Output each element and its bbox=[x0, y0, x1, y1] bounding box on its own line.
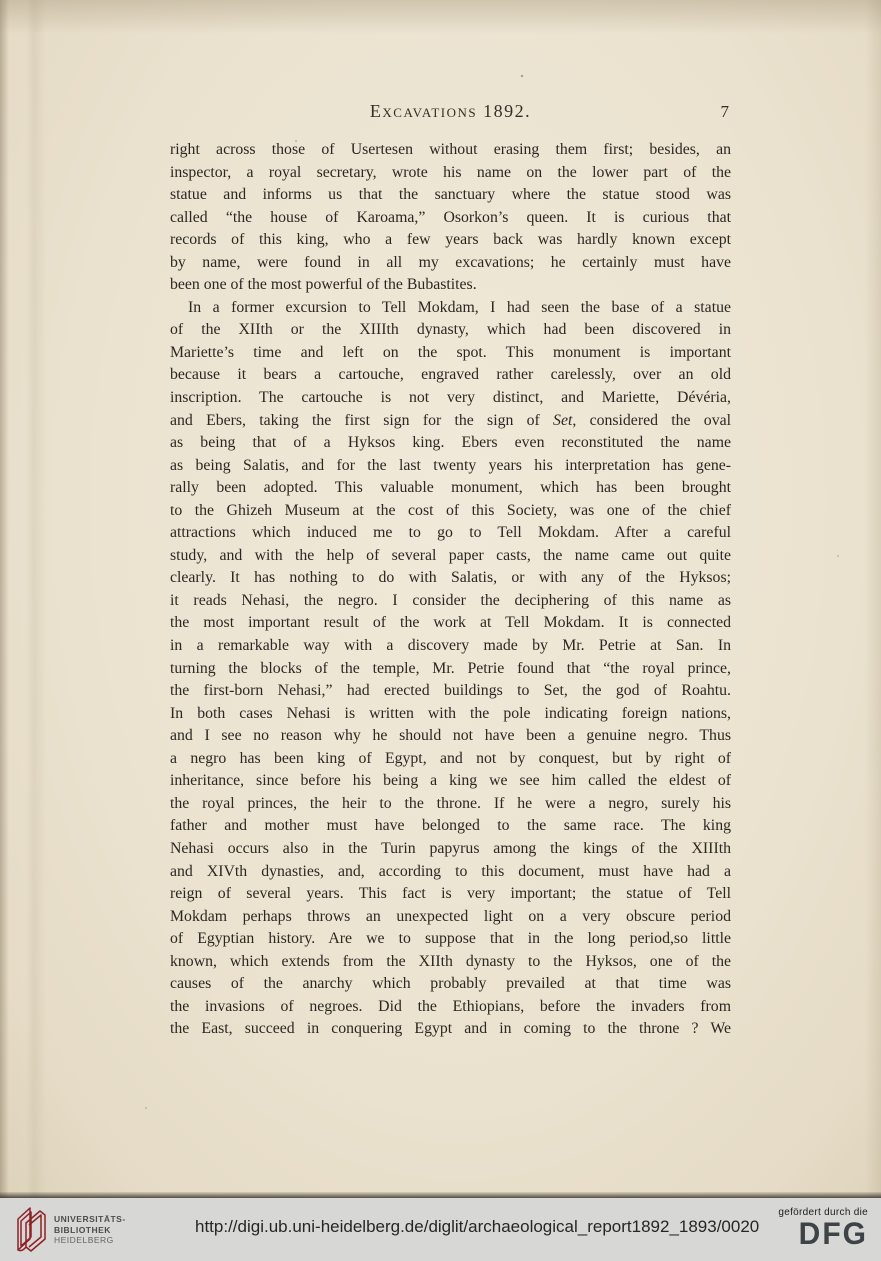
page-number: 7 bbox=[721, 102, 730, 122]
ub-heidelberg-logo-icon bbox=[14, 1206, 48, 1253]
text-line: In both cases Nehasi is written with the… bbox=[170, 703, 731, 726]
paragraph: In a former excursion to Tell Mokdam, I … bbox=[170, 297, 731, 1041]
text-line: the invasions of negroes. Did the Ethiop… bbox=[170, 996, 731, 1019]
text-line: reign of several years. This fact is ver… bbox=[170, 883, 731, 906]
text-line: Mariette’s time and left on the spot. Th… bbox=[170, 342, 731, 365]
scanned-page: Excavations 1892. 7 right across those o… bbox=[0, 0, 881, 1198]
text-line: the royal princes, the heir to the thron… bbox=[170, 793, 731, 816]
text-line: inscription. The cartouche is not very d… bbox=[170, 387, 731, 410]
text-line: known, which extends from the XIIth dyna… bbox=[170, 951, 731, 974]
dfg-logo: DFG bbox=[778, 1219, 868, 1251]
text-line: clearly. It has nothing to do with Salat… bbox=[170, 567, 731, 590]
text-line: inspector, a royal secretary, wrote his … bbox=[170, 162, 731, 185]
text-line: and I see no reason why he should not ha… bbox=[170, 725, 731, 748]
text-line: and Ebers, taking the first sign for the… bbox=[170, 410, 731, 433]
text-line: a negro has been king of Egypt, and not … bbox=[170, 748, 731, 771]
text-line: in a remarkable way with a discovery mad… bbox=[170, 635, 731, 658]
text-line: it reads Nehasi, the negro. I consider t… bbox=[170, 590, 731, 613]
text-line: the East, succeed in conquering Egypt an… bbox=[170, 1018, 731, 1041]
text-line: of Egyptian history. Are we to suppose t… bbox=[170, 928, 731, 951]
page-header: Excavations 1892. 7 bbox=[170, 101, 731, 125]
page-title: Excavations 1892. bbox=[170, 101, 731, 122]
text-line: inheritance, since before his being a ki… bbox=[170, 770, 731, 793]
document-url: http://digi.ub.uni-heidelberg.de/diglit/… bbox=[195, 1217, 759, 1237]
text-line: right across those of Usertesen without … bbox=[170, 139, 731, 162]
text-line: father and mother must have belonged to … bbox=[170, 815, 731, 838]
footer-bar: UNIVERSITÄTS- BIBLIOTHEK HEIDELBERG http… bbox=[0, 1198, 881, 1261]
library-name-line3: HEIDELBERG bbox=[54, 1235, 126, 1246]
text-line: because it bears a cartouche, engraved r… bbox=[170, 364, 731, 387]
text-line: called “the house of Karoama,” Osorkon’s… bbox=[170, 207, 731, 230]
text-line: study, and with the help of several pape… bbox=[170, 545, 731, 568]
text-line: to the Ghizeh Museum at the cost of this… bbox=[170, 500, 731, 523]
text-line: as being that of a Hyksos king. Ebers ev… bbox=[170, 432, 731, 455]
text-line: of the XIIth or the XIIIth dynasty, whic… bbox=[170, 319, 731, 342]
text-line: causes of the anarchy which probably pre… bbox=[170, 973, 731, 996]
text-line: been one of the most powerful of the Bub… bbox=[170, 274, 731, 297]
text-line: and XIVth dynasties, and, according to t… bbox=[170, 861, 731, 884]
text-line: Nehasi occurs also in the Turin papyrus … bbox=[170, 838, 731, 861]
text-line: by name, were found in all my excavation… bbox=[170, 252, 731, 275]
body-text: right across those of Usertesen without … bbox=[170, 139, 731, 1041]
text-line: turning the blocks of the temple, Mr. Pe… bbox=[170, 658, 731, 681]
text-line: the most important result of the work at… bbox=[170, 612, 731, 635]
text-line: as being Salatis, and for the last twent… bbox=[170, 455, 731, 478]
text-line: the first-born Nehasi,” had erected buil… bbox=[170, 680, 731, 703]
text-line: rally been adopted. This valuable monume… bbox=[170, 477, 731, 500]
library-name-line1: UNIVERSITÄTS- bbox=[54, 1214, 126, 1225]
library-name: UNIVERSITÄTS- BIBLIOTHEK HEIDELBERG bbox=[54, 1214, 126, 1246]
paragraph: right across those of Usertesen without … bbox=[170, 139, 731, 297]
text-line: attractions which induced me to go to Te… bbox=[170, 522, 731, 545]
text-line: records of this king, who a few years ba… bbox=[170, 229, 731, 252]
text-line: In a former excursion to Tell Mokdam, I … bbox=[170, 297, 731, 320]
dfg-block: gefördert durch die DFG bbox=[778, 1207, 868, 1249]
library-name-line2: BIBLIOTHEK bbox=[54, 1225, 126, 1236]
text-line: statue and informs us that the sanctuary… bbox=[170, 184, 731, 207]
text-line: Mokdam perhaps throws an unexpected ligh… bbox=[170, 906, 731, 929]
